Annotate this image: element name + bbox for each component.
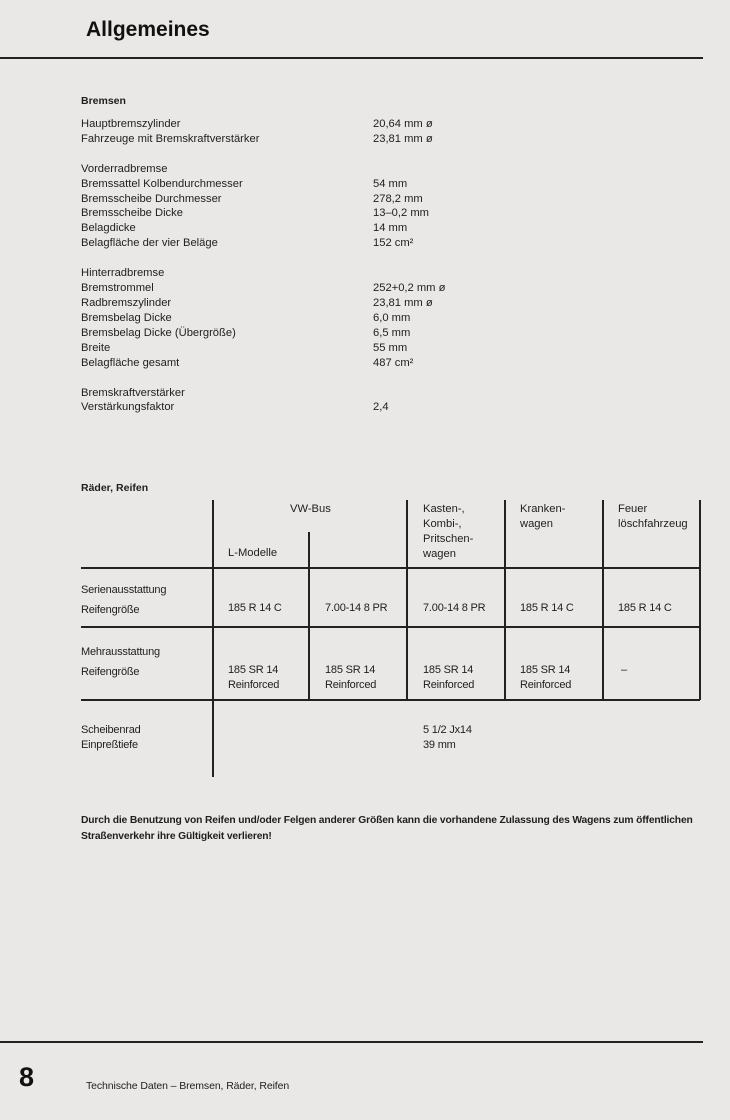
spec-row: Bremssattel Kolbendurchmesser54 mm [81, 177, 481, 192]
spec-label: Belagdicke [81, 221, 373, 236]
spec-value: 6,5 mm [373, 326, 410, 341]
page-number: 8 [19, 1062, 34, 1093]
spec-value: 252+0,2 mm ø [373, 281, 445, 296]
spec-row: Breite55 mm [81, 341, 481, 356]
spec-label: Fahrzeuge mit Bremskraftverstärker [81, 132, 373, 147]
brakes-heading: Bremsen [81, 94, 481, 109]
spec-value: 54 mm [373, 177, 407, 192]
spec-group-front-brake: Vorderradbremse Bremssattel Kolbendurchm… [81, 162, 481, 251]
spec-value: 20,64 mm ø [373, 117, 433, 132]
table-divider [406, 500, 408, 700]
column-header-vw-bus: VW-Bus [290, 502, 331, 517]
spec-value: 14 mm [373, 221, 407, 236]
table-cell: 185 SR 14 Reinforced [520, 663, 571, 693]
column-header-kasten: Kasten-, Kombi-, Pritschen- wagen [423, 502, 473, 562]
spec-label: Bremssattel Kolbendurchmesser [81, 177, 373, 192]
table-cell: 185 SR 14 Reinforced [228, 663, 279, 693]
spec-value: 55 mm [373, 341, 407, 356]
table-rule [81, 699, 700, 701]
spec-label: Belagfläche der vier Beläge [81, 236, 373, 251]
table-cell: 185 R 14 C [228, 601, 282, 616]
spec-row: Belagfläche der vier Beläge152 cm² [81, 236, 481, 251]
spec-row: Belagfläche gesamt487 cm² [81, 356, 481, 371]
spec-value: 2,4 [373, 400, 389, 415]
page-title: Allgemeines [86, 18, 210, 42]
spec-label: Hauptbremszylinder [81, 117, 373, 132]
spec-value: 23,81 mm ø [373, 296, 433, 311]
spec-value: 23,81 mm ø [373, 132, 433, 147]
spec-label: Bremsscheibe Durchmesser [81, 192, 373, 207]
spec-group-master-cylinder: Hauptbremszylinder20,64 mm ø Fahrzeuge m… [81, 117, 481, 147]
column-header-kranken: Kranken- wagen [520, 502, 565, 532]
spec-row: Hauptbremszylinder20,64 mm ø [81, 117, 481, 132]
spec-group-brake-booster: Bremskraftverstärker Verstärkungsfaktor2… [81, 386, 481, 416]
spec-label: Bremsscheibe Dicke [81, 206, 373, 221]
spec-row: Bremsscheibe Durchmesser278,2 mm [81, 192, 481, 207]
table-cell: 7.00-14 8 PR [423, 601, 485, 616]
table-rule [81, 626, 700, 628]
header-rule [0, 57, 703, 59]
spec-value: 487 cm² [373, 356, 413, 371]
spec-row: Bremsscheibe Dicke13–0,2 mm [81, 206, 481, 221]
spec-row: Verstärkungsfaktor2,4 [81, 400, 481, 415]
table-divider [602, 500, 604, 700]
spec-label: Bremsbelag Dicke (Übergröße) [81, 326, 373, 341]
row-label-serienausstattung: Serienausstattung Reifengröße [81, 580, 166, 620]
table-cell: 7.00-14 8 PR [325, 601, 387, 616]
footer-rule [0, 1041, 703, 1043]
spec-label: Bremstrommel [81, 281, 373, 296]
spec-label: Radbremszylinder [81, 296, 373, 311]
spec-row: Bremstrommel252+0,2 mm ø [81, 281, 481, 296]
spec-value: 278,2 mm [373, 192, 423, 207]
table-cell: – [621, 663, 627, 678]
spec-row: Bremsbelag Dicke (Übergröße)6,5 mm [81, 326, 481, 341]
spec-value: 6,0 mm [373, 311, 410, 326]
table-cell: 185 R 14 C [520, 601, 574, 616]
spec-row: Radbremszylinder23,81 mm ø [81, 296, 481, 311]
brakes-section: Bremsen Hauptbremszylinder20,64 mm ø Fah… [81, 94, 481, 430]
legal-notice: Durch die Benutzung von Reifen und/oder … [81, 813, 711, 845]
column-header-feuer: Feuer löschfahrzeug [618, 502, 688, 532]
spec-label: Breite [81, 341, 373, 356]
spec-group-title: Bremskraftverstärker [81, 386, 481, 401]
row-label-scheibenrad: Scheibenrad Einpreßtiefe [81, 723, 141, 753]
table-cell: 185 SR 14 Reinforced [423, 663, 474, 693]
table-cell: 185 SR 14 Reinforced [325, 663, 376, 693]
table-divider [699, 500, 701, 700]
spec-group-rear-brake: Hinterradbremse Bremstrommel252+0,2 mm ø… [81, 266, 481, 370]
table-divider [308, 532, 310, 700]
spec-label: Belagfläche gesamt [81, 356, 373, 371]
table-cell: 185 R 14 C [618, 601, 672, 616]
wheels-heading: Räder, Reifen [81, 482, 148, 494]
spec-value: 13–0,2 mm [373, 206, 429, 221]
spec-row: Fahrzeuge mit Bremskraftverstärker23,81 … [81, 132, 481, 147]
column-header-l-modelle: L-Modelle [228, 546, 277, 561]
table-divider [212, 500, 214, 777]
spec-group-title: Hinterradbremse [81, 266, 481, 281]
table-divider [504, 500, 506, 700]
footer-caption: Technische Daten – Bremsen, Räder, Reife… [86, 1080, 289, 1092]
spec-row: Bremsbelag Dicke6,0 mm [81, 311, 481, 326]
spec-value: 152 cm² [373, 236, 413, 251]
spec-label: Verstärkungsfaktor [81, 400, 373, 415]
table-rule [81, 567, 700, 569]
rim-values: 5 1/2 Jx14 39 mm [423, 723, 472, 753]
row-label-mehrausstattung: Mehrausstattung Reifengröße [81, 642, 160, 682]
spec-label: Bremsbelag Dicke [81, 311, 373, 326]
spec-row: Belagdicke14 mm [81, 221, 481, 236]
spec-group-title: Vorderradbremse [81, 162, 481, 177]
